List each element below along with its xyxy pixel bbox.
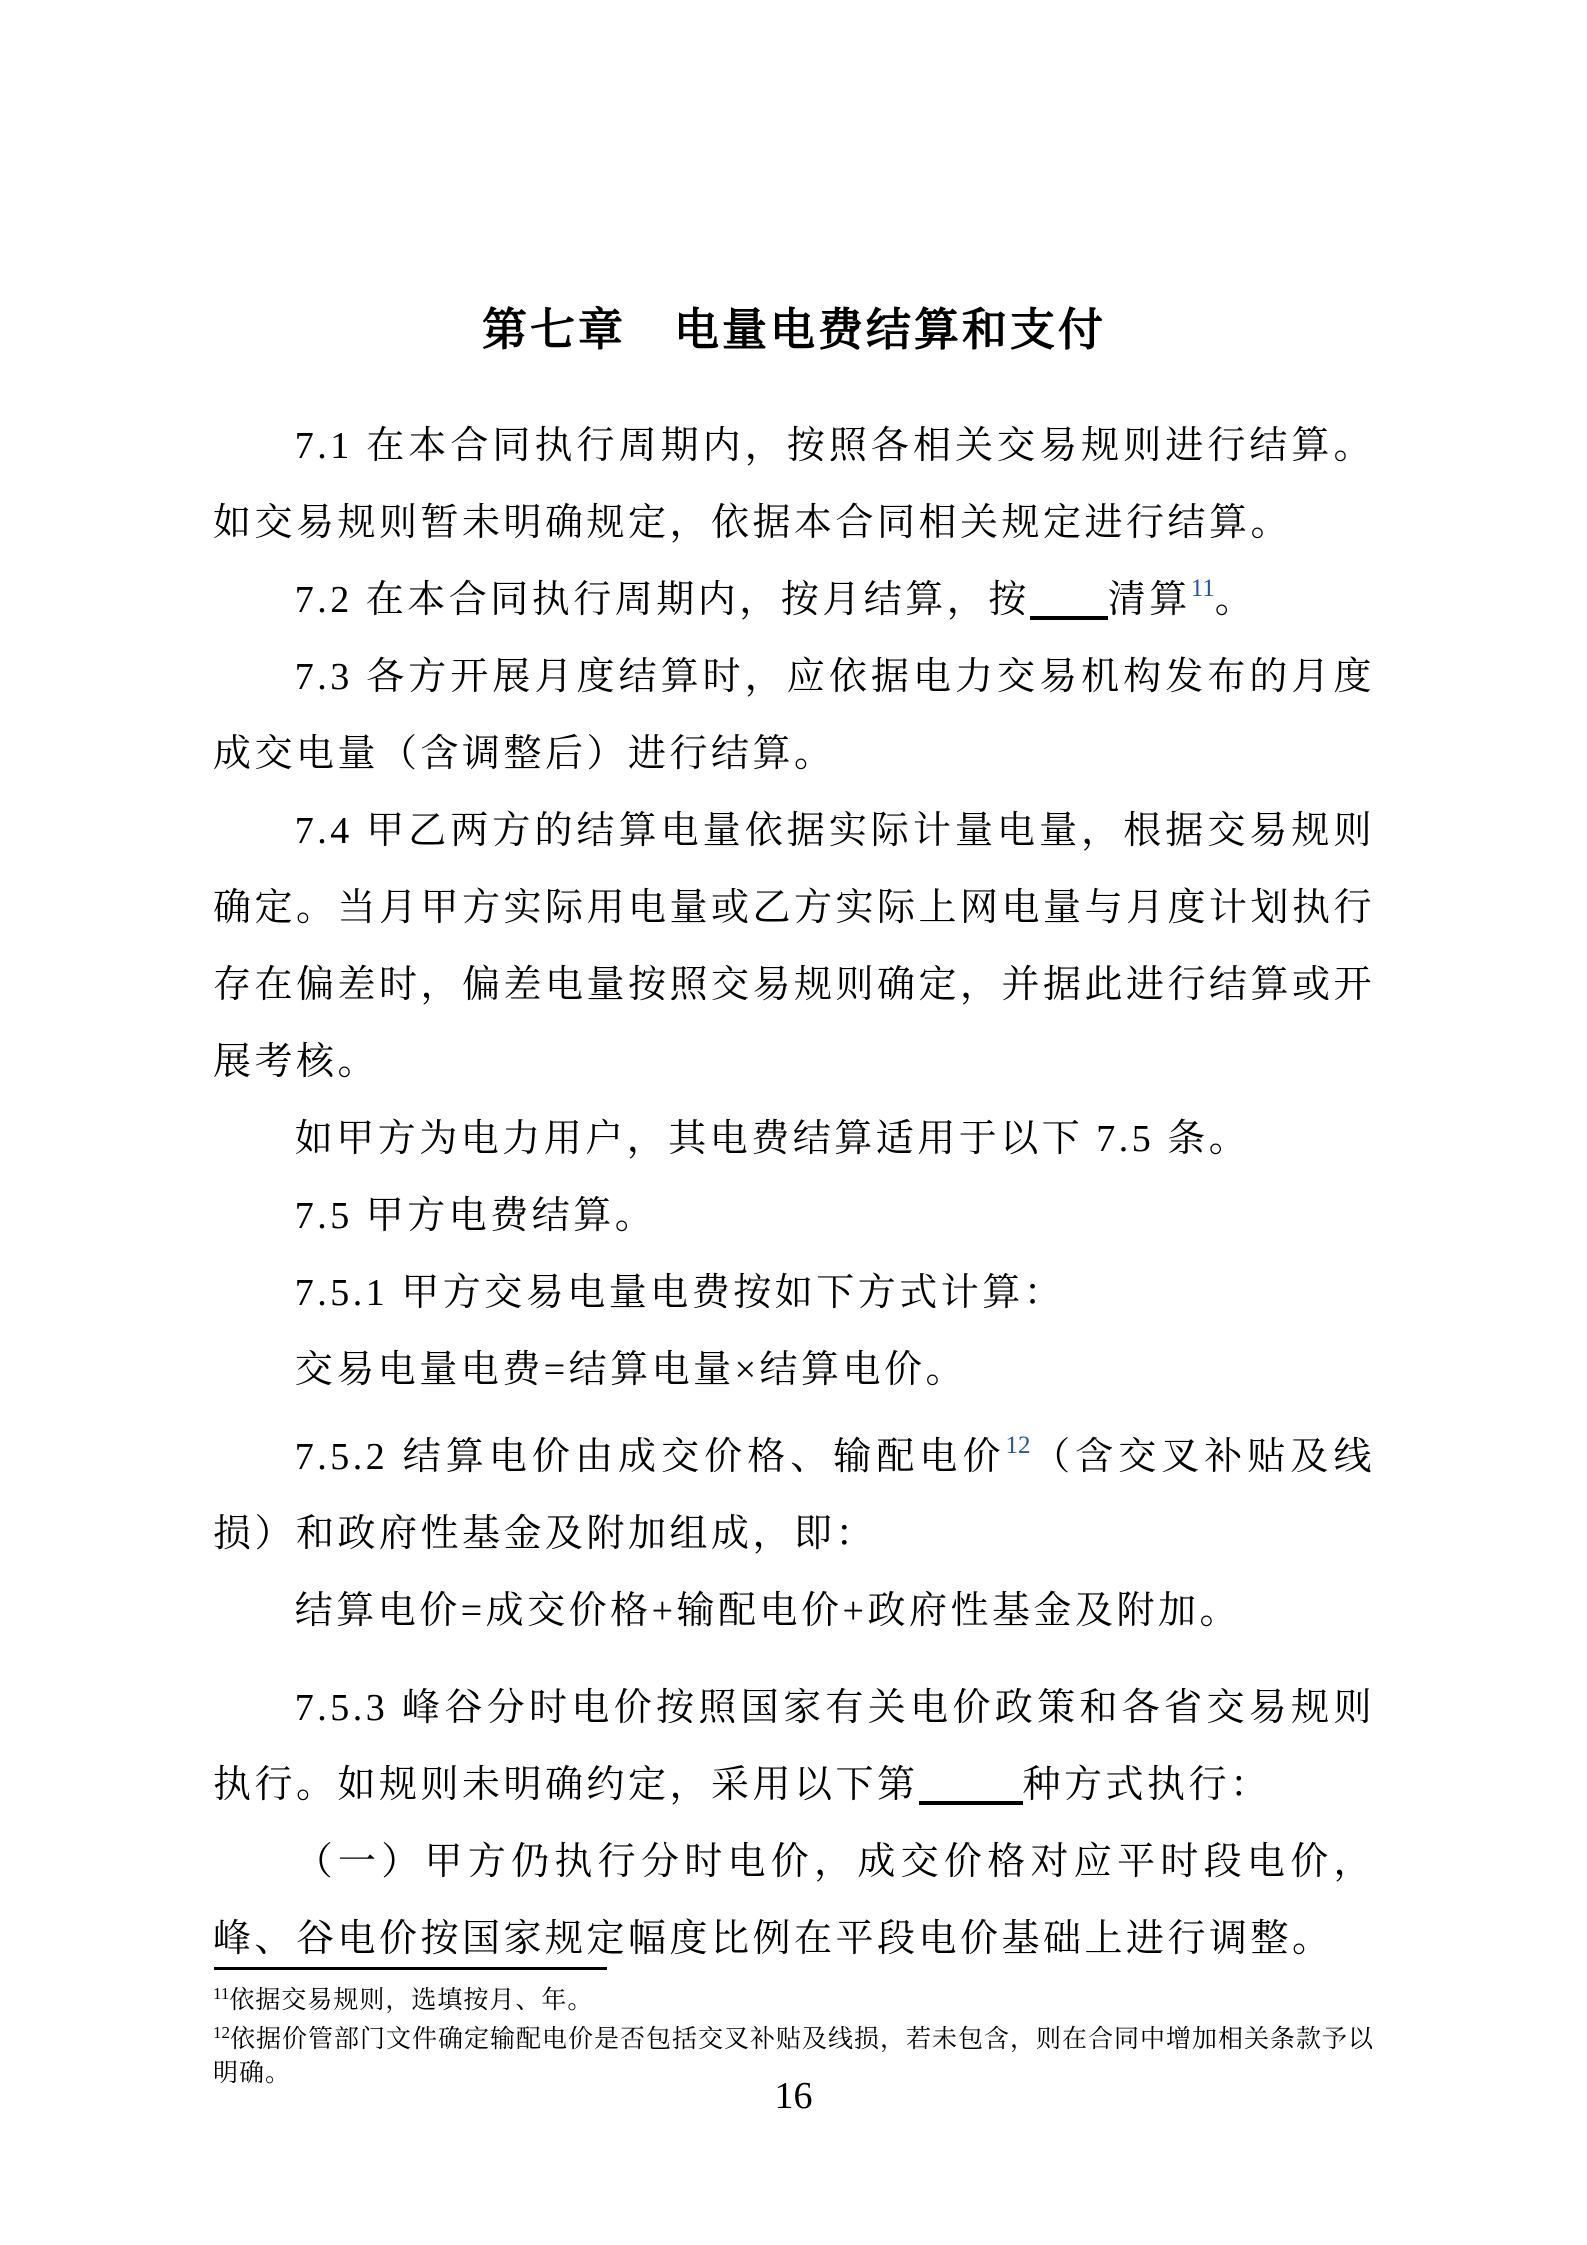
footnote-11-text: 依据交易规则，选填按月、年。 <box>229 1987 593 2014</box>
paragraph-7-3: 7.3 各方开展月度结算时，应依据电力交易机构发布的月度成交电量（含调整后）进行… <box>213 639 1375 793</box>
document-content: 第七章 电量电费结算和支付 7.1 在本合同执行周期内，按照各相关交易规则进行结… <box>213 0 1375 1978</box>
paragraph-7-2: 7.2 在本合同执行周期内，按月结算，按清算11。 <box>213 562 1375 639</box>
fill-in-blank-method-number <box>919 1771 1023 1805</box>
paragraph-7-4-user-clause: 如甲方为电力用户，其电费结算适用于以下 7.5 条。 <box>213 1101 1375 1178</box>
paragraph-7-4: 7.4 甲乙两方的结算电量依据实际计量电量，根据交易规则确定。当月甲方实际用电量… <box>213 793 1375 1101</box>
paragraph-text: 7.1 在本合同执行周期内，按照各相关交易规则进行结算。如交易规则暂未明确规定，… <box>213 425 1375 544</box>
paragraph-7-5-2-formula: 结算电价=成交价格+输配电价+政府性基金及附加。 <box>213 1573 1375 1650</box>
paragraph-text: 7.2 在本合同执行周期内，按月结算，按 <box>295 579 1030 621</box>
footnote-ref-11[interactable]: 11 <box>1191 575 1215 602</box>
paragraph-7-5-1: 7.5.1 甲方交易电量电费按如下方式计算： <box>213 1255 1375 1332</box>
footnote-separator <box>214 1967 607 1970</box>
paragraph-text: （一）甲方仍执行分时电价，成交价格对应平时段电价，峰、谷电价按国家规定幅度比例在… <box>213 1841 1375 1960</box>
formula-text: 结算电价=成交价格+输配电价+政府性基金及附加。 <box>295 1590 1241 1632</box>
paragraph-text: 7.3 各方开展月度结算时，应依据电力交易机构发布的月度成交电量（含调整后）进行… <box>213 656 1375 775</box>
footnote-11: 11依据交易规则，选填按月、年。 <box>213 1984 1393 2018</box>
paragraph-text: 7.4 甲乙两方的结算电量依据实际计量电量，根据交易规则确定。当月甲方实际用电量… <box>213 810 1375 1083</box>
paragraph-text: 清算 <box>1108 579 1191 621</box>
fill-in-blank-clearing-period <box>1030 586 1108 620</box>
paragraph-text: 种方式执行： <box>1023 1764 1272 1806</box>
footnote-12-marker: 12 <box>213 2023 230 2042</box>
footnote-ref-12[interactable]: 12 <box>1006 1432 1031 1459</box>
paragraph-7-5-3-option-1: （一）甲方仍执行分时电价，成交价格对应平时段电价，峰、谷电价按国家规定幅度比例在… <box>213 1824 1375 1978</box>
formula-text: 交易电量电费=结算电量×结算电价。 <box>295 1349 967 1391</box>
paragraph-text: 7.5.2 结算电价由成交价格、输配电价 <box>295 1436 1006 1478</box>
paragraph-7-5: 7.5 甲方电费结算。 <box>213 1178 1375 1255</box>
paragraph-text: 。 <box>1215 579 1257 621</box>
paragraph-7-5-1-formula: 交易电量电费=结算电量×结算电价。 <box>213 1332 1375 1409</box>
paragraph-text: 7.5.1 甲方交易电量电费按如下方式计算： <box>295 1272 1066 1314</box>
chapter-title: 第七章 电量电费结算和支付 <box>213 290 1375 370</box>
footnote-11-marker: 11 <box>213 1984 229 2003</box>
paragraph-7-5-3: 7.5.3 峰谷分时电价按照国家有关电价政策和各省交易规则执行。如规则未明确约定… <box>213 1670 1375 1824</box>
paragraph-text: 7.5 甲方电费结算。 <box>295 1195 657 1237</box>
page-number: 16 <box>0 2075 1587 2117</box>
paragraph-text: 如甲方为电力用户，其电费结算适用于以下 7.5 条。 <box>295 1118 1251 1160</box>
paragraph-7-5-2: 7.5.2 结算电价由成交价格、输配电价12（含交叉补贴及线损）和政府性基金及附… <box>213 1419 1375 1573</box>
paragraph-7-1: 7.1 在本合同执行周期内，按照各相关交易规则进行结算。如交易规则暂未明确规定，… <box>213 408 1375 562</box>
document-page: 第七章 电量电费结算和支付 7.1 在本合同执行周期内，按照各相关交易规则进行结… <box>0 0 1587 2245</box>
